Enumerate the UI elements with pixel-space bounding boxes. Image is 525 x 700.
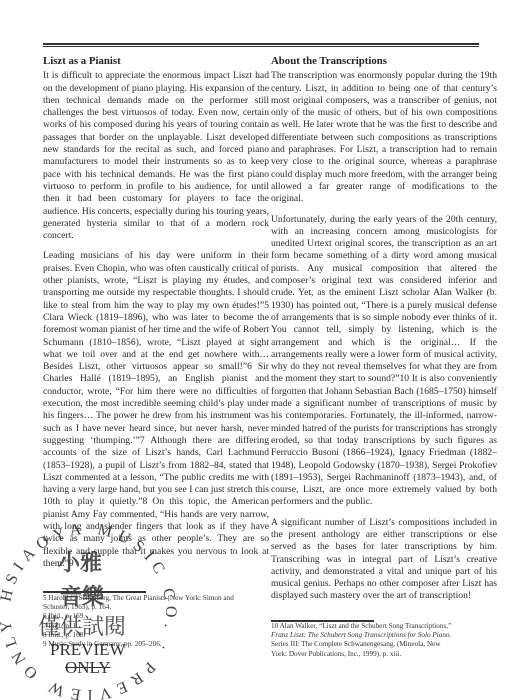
left-column: Liszt as a Pianist It is difficult to ap… (43, 55, 269, 578)
paragraph: It is difficult to appreciate the enormo… (43, 70, 269, 242)
section-heading-liszt-pianist: Liszt as a Pianist (43, 55, 269, 67)
footnote-10-line1: 10 Alan Walker, “Liszt and the Schubert … (271, 622, 497, 631)
footnote-7: 7 Ibid., p. 1… (43, 622, 258, 631)
footnote-10-line3: Series III: The Complete Schwanengesang.… (271, 640, 497, 649)
watermark-only: ONLY (65, 658, 111, 678)
paragraph: Leading musicians of his day were unifor… (43, 250, 269, 570)
footnote-rule-left (43, 591, 146, 593)
section-heading-transcriptions: About the Transcriptions (271, 55, 497, 67)
paragraph: Unfortunately, during the early years of… (271, 214, 497, 509)
paragraph: The transcription was enormously popular… (271, 70, 497, 205)
footnote-10-line2: Franz Liszt: The Schubert Song Transcrip… (271, 631, 497, 640)
footnote-8: 8 Ibid., p. 168. (43, 631, 258, 640)
footnote-9: 9 Music Study in Germany, pp. 205–206. (43, 640, 258, 649)
footnotes-left: 5 Harold C. Schonberg, The Great Pianist… (43, 594, 258, 649)
right-column: About the Transcriptions The transcripti… (271, 55, 497, 611)
footnote-5: 5 Harold C. Schonberg, The Great Pianist… (43, 594, 258, 612)
footnote-6: 6 Ibid., p. 169. (43, 612, 258, 621)
header-double-rule (43, 43, 479, 47)
footnote-10-line4: York: Dover Publications, Inc., 1999), p… (271, 650, 497, 659)
footnotes-right: 10 Alan Walker, “Liszt and the Schubert … (271, 622, 497, 659)
paragraph: A significant number of Liszt’s composit… (271, 517, 497, 603)
